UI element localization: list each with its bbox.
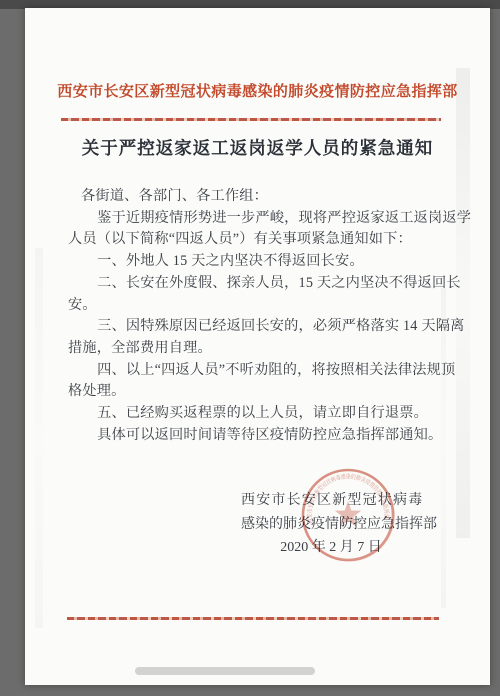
body-line: 一、外地人 15 天之内坚决不得返回长安。	[68, 251, 444, 273]
official-seal: 西安市长安区新型冠状病毒感染的肺炎疫情防控应急指挥部	[286, 453, 410, 577]
notice-title: 关于严控返家返工返岗返学人员的紧急通知	[25, 135, 490, 160]
body-line: 三、因特殊原因已经返回长安的，必须严格落实 14 天隔离	[68, 316, 444, 338]
body-line: 具体可以返回时间请等待区疫情防控应急指挥部通知。	[68, 425, 444, 447]
body-line: 安。	[68, 295, 444, 317]
salutation-line: 各街道、各部门、各工作组：	[68, 186, 444, 208]
body-line: 四、以上“四返人员”不听劝阻的，将按照相关法律法规顶	[68, 360, 444, 382]
body-line: 五、已经购买返程票的以上人员，请立即自行退票。	[68, 403, 444, 425]
red-divider-bottom	[67, 617, 439, 620]
body-line: 格处理。	[68, 381, 444, 403]
body-line: 措施，全部费用自理。	[68, 338, 444, 360]
red-divider-top	[61, 118, 441, 121]
issuer-header: 西安市长安区新型冠状病毒感染的肺炎疫情防控应急指挥部	[25, 80, 490, 101]
notice-body: 各街道、各部门、各工作组： 鉴于近期疫情形势进一步严峻，现将严控返家返工返岗返学…	[68, 186, 444, 446]
scan-backdrop: 西安市长安区新型冠状病毒感染的肺炎疫情防控应急指挥部 关于严控返家返工返岗返学人…	[0, 0, 500, 696]
scan-streak	[35, 248, 43, 628]
seal-star-icon	[335, 501, 362, 526]
document-page: 西安市长安区新型冠状病毒感染的肺炎疫情防控应急指挥部 关于严控返家返工返岗返学人…	[25, 8, 490, 685]
body-line: 鉴于近期疫情形势进一步严峻，现将严控返家返工返岗返学	[68, 208, 444, 230]
horizontal-scrollbar-thumb[interactable]	[135, 667, 315, 675]
body-line: 人员（以下简称“四返人员”）有关事项紧急通知如下：	[68, 229, 444, 251]
body-line: 二、长安在外度假、探亲人员，15 天之内坚决不得返回长	[68, 273, 444, 295]
